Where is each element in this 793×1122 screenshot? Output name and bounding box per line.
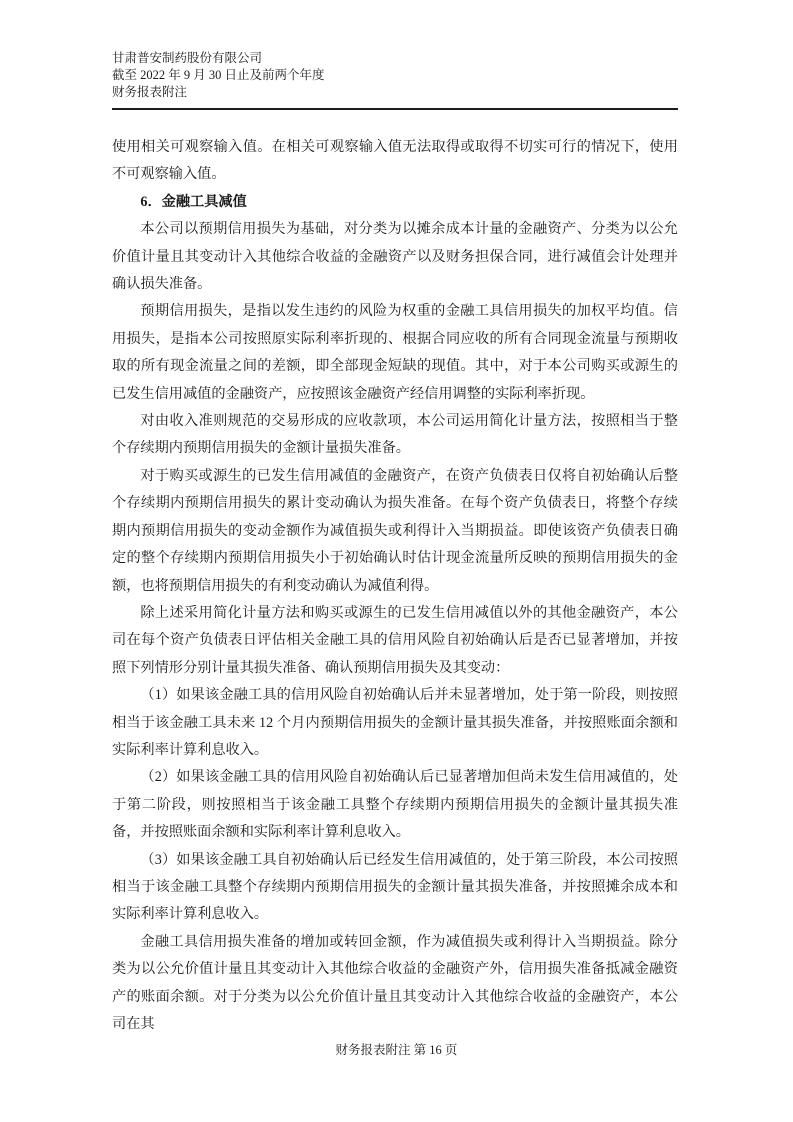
page-footer: 财务报表附注 第 16 页 <box>0 1042 793 1059</box>
paragraph: 金融工具信用损失准备的增加或转回金额，作为减值损失或利得计入当期损益。除分类为以… <box>112 929 678 1039</box>
paragraph: 除上述采用简化计量方法和购买或源生的已发生信用减值以外的其他金融资产，本公司在每… <box>112 600 678 682</box>
section-heading: 6．金融工具减值 <box>112 189 678 216</box>
paragraph-item-2: （2）如果该金融工具的信用风险自初始确认后已显著增加但尚未发生信用减值的，处于第… <box>112 764 678 846</box>
paragraph: 对由收入准则规范的交易形成的应收款项，本公司运用简化计量方法，按照相当于整个存续… <box>112 408 678 463</box>
page-number-label: 财务报表附注 第 16 页 <box>336 1043 458 1057</box>
paragraph: 对于购买或源生的已发生信用减值的金融资产，在资产负债表日仅将自初始确认后整个存续… <box>112 463 678 600</box>
page-header: 甘肃普安制药股份有限公司 截至 2022 年 9 月 30 日止及前两个年度 财… <box>112 50 678 110</box>
header-divider <box>112 108 678 110</box>
document-body: 使用相关可观察输入值。在相关可观察输入值无法取得或取得不切实可行的情况下，使用不… <box>112 134 678 1038</box>
page: 甘肃普安制药股份有限公司 截至 2022 年 9 月 30 日止及前两个年度 财… <box>0 0 793 1122</box>
paragraph: 预期信用损失，是指以发生违约的风险为权重的金融工具信用损失的加权平均值。信用损失… <box>112 298 678 408</box>
report-period: 截至 2022 年 9 月 30 日止及前两个年度 <box>112 67 678 84</box>
paragraph: 本公司以预期信用损失为基础，对分类为以摊余成本计量的金融资产、分类为以公允价值计… <box>112 216 678 298</box>
document-title: 财务报表附注 <box>112 84 678 101</box>
company-name: 甘肃普安制药股份有限公司 <box>112 50 678 67</box>
paragraph-item-1: （1）如果该金融工具的信用风险自初始确认后并未显著增加，处于第一阶段，则按照相当… <box>112 682 678 764</box>
paragraph-continuation: 使用相关可观察输入值。在相关可观察输入值无法取得或取得不切实可行的情况下，使用不… <box>112 134 678 189</box>
paragraph-item-3: （3）如果该金融工具自初始确认后已经发生信用减值的，处于第三阶段，本公司按照相当… <box>112 847 678 929</box>
